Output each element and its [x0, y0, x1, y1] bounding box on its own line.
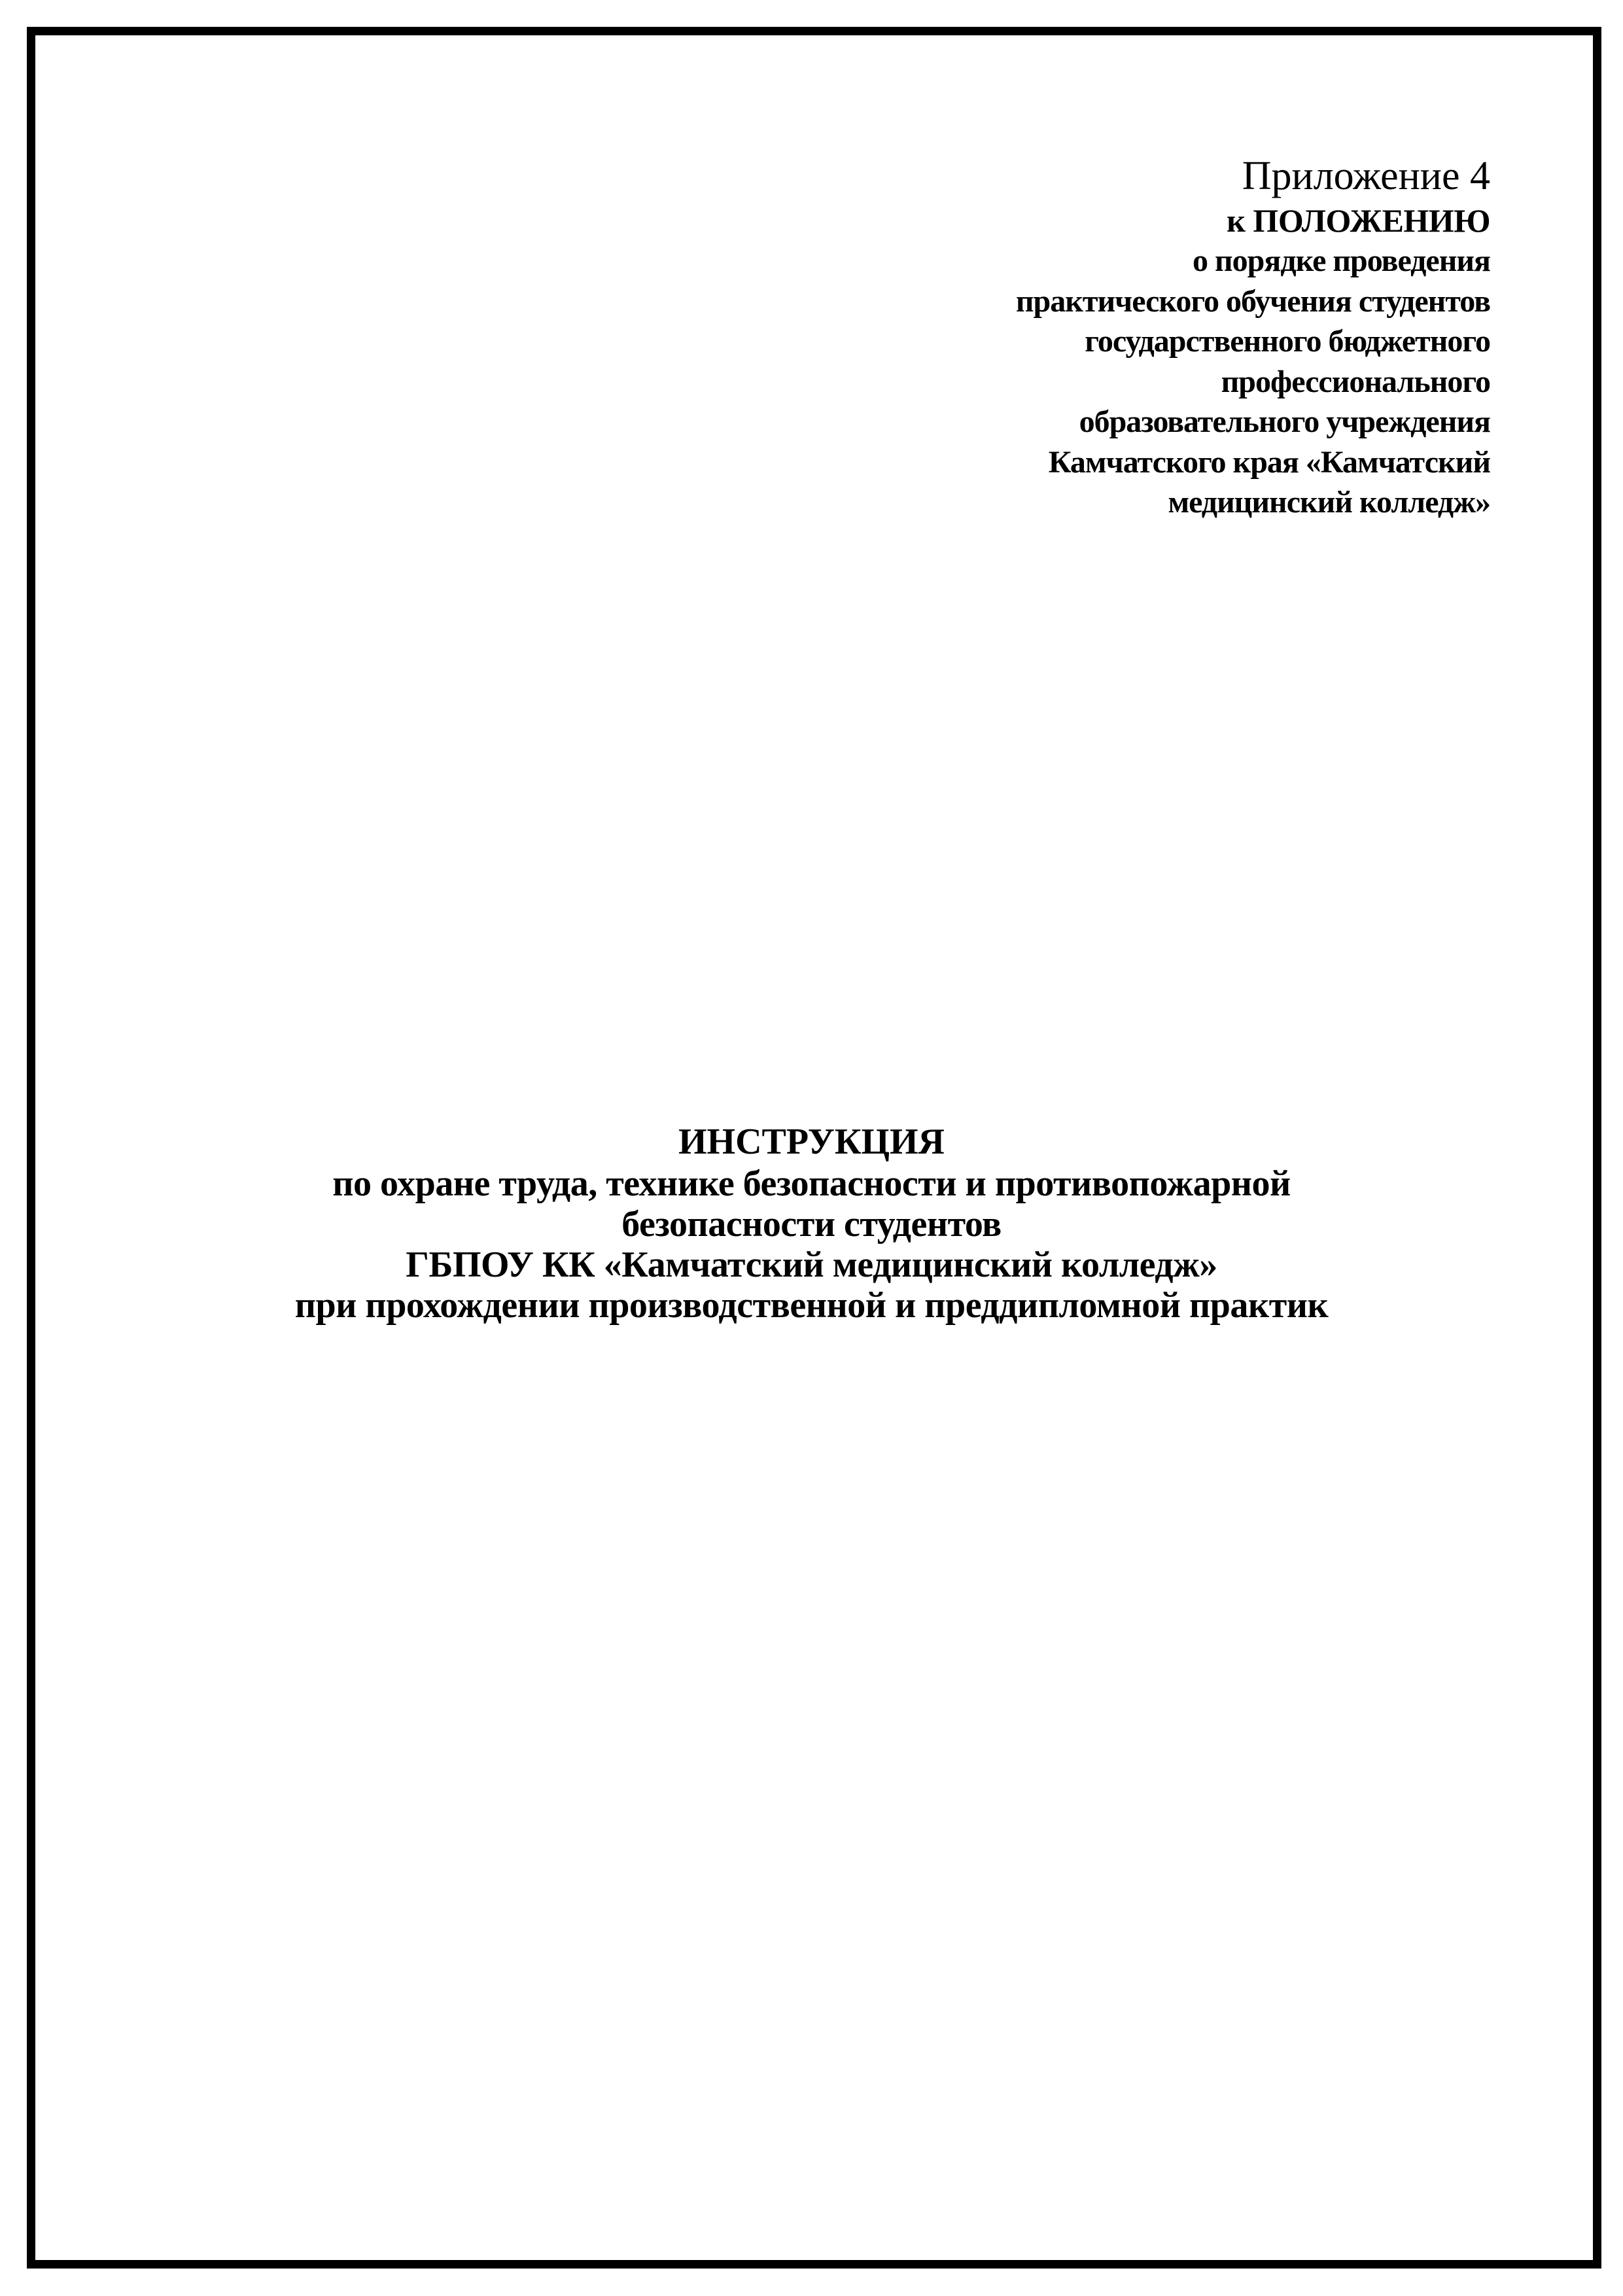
appendix-line: о порядке проведения [771, 241, 1490, 281]
document-subtitle-line: ГБПОУ КК «Камчатский медицинский колледж… [0, 1245, 1623, 1285]
document-title-block: ИНСТРУКЦИЯ по охране труда, технике безо… [0, 1120, 1623, 1326]
appendix-reference: к ПОЛОЖЕНИЮ [771, 200, 1490, 241]
appendix-number: Приложение 4 [771, 152, 1490, 200]
appendix-line: практического обучения студентов [771, 281, 1490, 322]
appendix-line: образовательного учреждения [771, 402, 1490, 442]
appendix-line: профессионального [771, 362, 1490, 402]
document-subtitle-line: при прохождении производственной и предд… [0, 1285, 1623, 1326]
document-subtitle-line: по охране труда, технике безопасности и … [0, 1163, 1623, 1204]
appendix-header: Приложение 4 к ПОЛОЖЕНИЮ о порядке прове… [771, 152, 1490, 523]
document-title: ИНСТРУКЦИЯ [0, 1120, 1623, 1163]
appendix-line: Камчатского края «Камчатский [771, 442, 1490, 483]
document-subtitle-line: безопасности студентов [0, 1204, 1623, 1245]
appendix-line: медицинский колледж» [771, 482, 1490, 523]
appendix-line: государственного бюджетного [771, 321, 1490, 362]
